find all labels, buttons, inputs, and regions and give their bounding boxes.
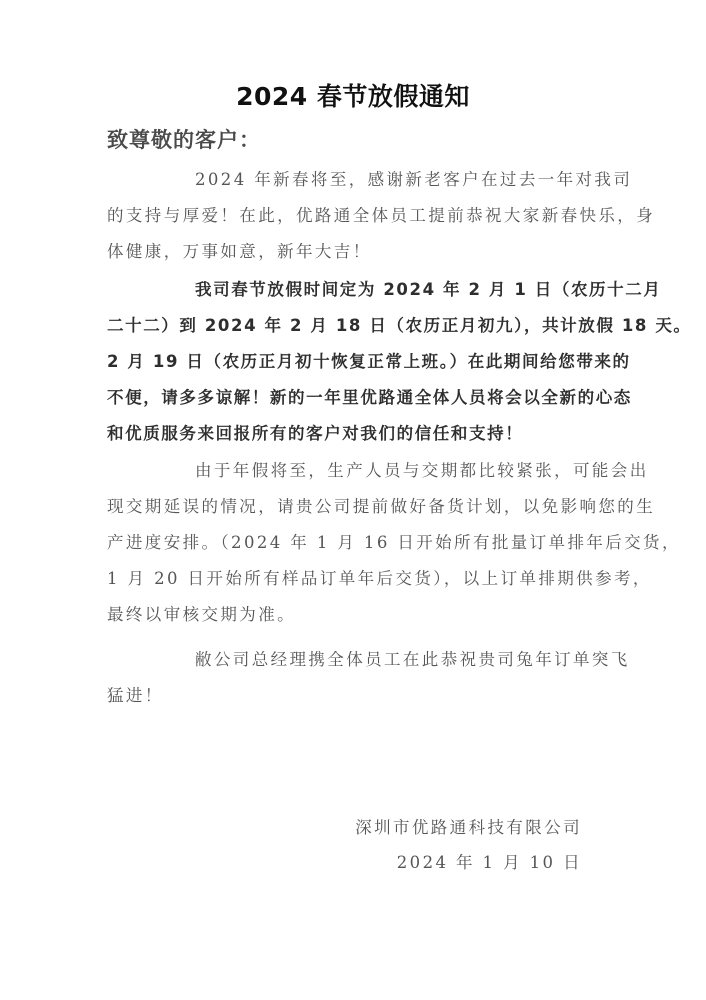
paragraph-line: 由于年假将至，生产人员与交期都比较紧张，可能会出 <box>107 453 601 489</box>
greeting: 致尊敬的客户： <box>107 125 261 155</box>
paragraph-line: 和优质服务来回报所有的客户对我们的信任和支持！ <box>107 416 601 452</box>
paragraph-line: 猛进！ <box>107 678 601 714</box>
paragraph-line: 2024 年新春将至，感谢新老客户在过去一年对我司 <box>107 162 601 198</box>
paragraph-line: 敝公司总经理携全体员工在此恭祝贵司兔年订单突飞 <box>107 642 601 678</box>
paragraph-line: 最终以审核交期为准。 <box>107 597 601 633</box>
signature-company: 深圳市优路通科技有限公司 <box>355 810 582 846</box>
paragraph-line: 产进度安排。（2024 年 1 月 16 日开始所有批量订单排年后交货， <box>107 525 601 561</box>
paragraph-line: 2 月 19 日（农历正月初十恢复正常上班。）在此期间给您带来的 <box>107 344 601 380</box>
paragraph-line: 二十二）到 2024 年 2 月 18 日（农历正月初九），共计放假 18 天。 <box>107 308 601 344</box>
paragraph-new-year-thanks: 2024 年新春将至，感谢新老客户在过去一年对我司 的支持与厚爱！在此，优路通全… <box>107 162 601 270</box>
paragraph-delivery-notice: 由于年假将至，生产人员与交期都比较紧张，可能会出 现交期延误的情况，请贵公司提前… <box>107 453 601 633</box>
paragraph-closing-wishes: 敝公司总经理携全体员工在此恭祝贵司兔年订单突飞 猛进！ <box>107 642 601 714</box>
paragraph-holiday-schedule: 我司春节放假时间定为 2024 年 2 月 1 日（农历十二月 二十二）到 20… <box>107 272 601 452</box>
paragraph-line: 不便，请多多谅解！新的一年里优路通全体人员将会以全新的心态 <box>107 380 601 416</box>
paragraph-line: 的支持与厚爱！在此，优路通全体员工提前恭祝大家新春快乐，身 <box>107 198 601 234</box>
paragraph-line: 1 月 20 日开始所有样品订单年后交货），以上订单排期供参考， <box>107 561 601 597</box>
paragraph-line: 我司春节放假时间定为 2024 年 2 月 1 日（农历十二月 <box>107 272 601 308</box>
paragraph-line: 现交期延误的情况，请贵公司提前做好备货计划，以免影响您的生 <box>107 489 601 525</box>
paragraph-line: 体健康，万事如意，新年大吉！ <box>107 234 601 270</box>
signature-date: 2024 年 1 月 10 日 <box>397 845 582 881</box>
document-title: 2024 春节放假通知 <box>0 80 706 114</box>
document-page: 2024 春节放假通知 致尊敬的客户： 2024 年新春将至，感谢新老客户在过去… <box>0 0 706 1000</box>
